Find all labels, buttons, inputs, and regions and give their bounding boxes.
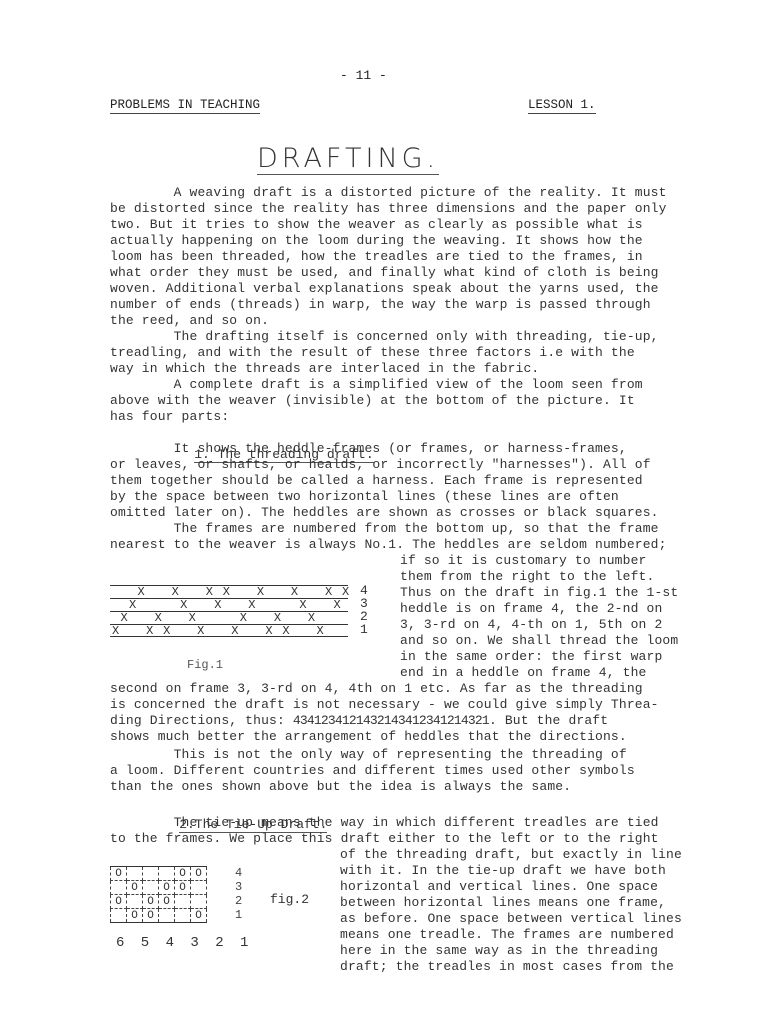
heddle-mark: X <box>316 625 323 637</box>
tieup-cell <box>143 881 159 895</box>
tieup-cell: O <box>159 895 175 909</box>
heddle-mark: X <box>146 625 153 637</box>
tieup-cell: O <box>191 909 207 923</box>
heddle-mark: X <box>333 599 340 611</box>
tieup-row: OOO <box>111 895 207 909</box>
paragraph-tieup-right-column: of the threading draft, but exactly in l… <box>340 847 682 975</box>
tieup-cell <box>111 881 127 895</box>
threading-directions: 4341234121432143412341214321 <box>293 713 489 728</box>
tieup-frame-number: 1 <box>235 908 242 922</box>
heddle-mark: X <box>274 612 281 624</box>
tieup-cell <box>191 881 207 895</box>
tieup-cell: O <box>159 881 175 895</box>
heddle-mark: X <box>163 625 170 637</box>
heddle-mark: X <box>223 586 230 598</box>
heddle-mark: X <box>155 612 162 624</box>
paragraph-threading-end: shows much better the arrangement of hed… <box>110 729 627 745</box>
figure-1-threading-draft: XXXXXXXXXXXXXXXXXXXXXXXXXXXX4321 <box>110 585 350 637</box>
tieup-cell: O <box>111 895 127 909</box>
tieup-cell <box>111 909 127 923</box>
paragraph-threading-continued: second on frame 3, 3-rd on 4, 4th on 1 e… <box>110 681 659 713</box>
tieup-cell <box>159 867 175 881</box>
running-header-right: LESSON 1. <box>528 98 596 114</box>
heddle-mark: X <box>129 599 136 611</box>
tieup-cell <box>143 867 159 881</box>
heddle-mark: X <box>257 586 264 598</box>
tieup-cell: O <box>143 895 159 909</box>
paragraph-complete-draft: A complete draft is a simplified view of… <box>110 377 643 425</box>
heddle-mark: X <box>231 625 238 637</box>
tieup-cell: O <box>175 881 191 895</box>
heddle-mark: X <box>197 625 204 637</box>
page-title: DRAFTING. <box>257 143 439 175</box>
heddle-mark: X <box>121 612 128 624</box>
figure-2-tieup-draft: OOOOOOOOOOOO <box>110 866 207 923</box>
tieup-cell <box>175 895 191 909</box>
tieup-cell: O <box>143 909 159 923</box>
heddle-mark: X <box>342 586 349 598</box>
heddle-mark: X <box>180 599 187 611</box>
threading-directions-line: ding Directions, thus: 43412341214321434… <box>110 713 608 729</box>
heddle-mark: X <box>299 599 306 611</box>
paragraph-threading-body: It shows the heddle-frames (or frames, o… <box>110 441 667 553</box>
heddle-mark: X <box>291 586 298 598</box>
tieup-cell <box>175 909 191 923</box>
heddle-mark: X <box>325 586 332 598</box>
heddle-mark: X <box>240 612 247 624</box>
tieup-row: OOO <box>111 867 207 881</box>
paragraph-threading-right-column: if so it is customary to number them fro… <box>400 553 678 681</box>
heddle-mark: X <box>138 586 145 598</box>
tieup-grid: OOOOOOOOOOOO <box>110 866 207 923</box>
figure-2-caption: fig.2 <box>270 892 309 907</box>
heddle-mark: X <box>172 586 179 598</box>
paragraph-intro: A weaving draft is a distorted picture o… <box>110 185 667 329</box>
tieup-cell <box>127 895 143 909</box>
tieup-frame-number: 2 <box>235 894 242 908</box>
tieup-cell: O <box>175 867 191 881</box>
paragraph-tieup-body: The tie-up means the way in which differ… <box>110 815 659 847</box>
heddle-mark: X <box>206 586 213 598</box>
tieup-frame-number: 3 <box>235 880 242 894</box>
tieup-row: OOO <box>111 909 207 923</box>
tieup-row: OOO <box>111 881 207 895</box>
tieup-cell: O <box>127 909 143 923</box>
figure-1-caption: Fig.1 <box>187 658 223 672</box>
frame-number: 1 <box>360 622 368 637</box>
heddle-mark: X <box>112 625 119 637</box>
tieup-cell <box>191 895 207 909</box>
heddle-mark: X <box>248 599 255 611</box>
heddle-mark: X <box>308 612 315 624</box>
heddle-mark: X <box>265 625 272 637</box>
paragraph-other-ways: This is not the only way of representing… <box>110 747 635 795</box>
tieup-cell: O <box>127 881 143 895</box>
tieup-cell <box>159 909 175 923</box>
heddle-mark: X <box>282 625 289 637</box>
heddle-mark: X <box>214 599 221 611</box>
tieup-cell <box>127 867 143 881</box>
tieup-frame-number: 4 <box>235 866 242 880</box>
heddle-mark: X <box>189 612 196 624</box>
running-header-left: PROBLEMS IN TEACHING <box>110 98 260 114</box>
page-number: - 11 - <box>340 68 387 83</box>
treadle-numbers: 6 5 4 3 2 1 <box>116 935 252 951</box>
tieup-cell: O <box>191 867 207 881</box>
tieup-cell: O <box>111 867 127 881</box>
paragraph-drafting-itself: The drafting itself is concerned only wi… <box>110 329 659 377</box>
